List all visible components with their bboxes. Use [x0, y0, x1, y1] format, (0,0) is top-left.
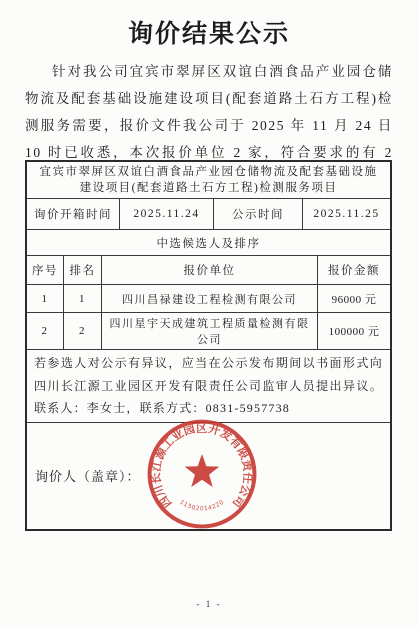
document-page: 询价结果公示 针对我公司宜宾市翠屏区双谊白酒食品产业园仓储物流及配套基础设施建设… — [0, 0, 418, 629]
project-name-cell: 宜宾市翠屏区双谊白酒食品产业园仓储物流及配套基础设施建设项目(配套道路土石方工程… — [27, 162, 390, 198]
publicity-time-label: 公示时间 — [213, 199, 302, 229]
section-title-row: 中选候选人及排序 — [27, 229, 390, 255]
rank-cell: 1 — [63, 285, 101, 312]
section-title: 中选候选人及排序 — [27, 230, 390, 255]
seq-cell: 2 — [27, 313, 63, 349]
objection-note: 若参选人对公示有异议，应当在公示发布期间以书面形式向四川长江源工业园区开发有限责… — [27, 350, 390, 422]
company-cell: 四川星宇天成建筑工程质量检测有限公司 — [101, 313, 317, 349]
page-number: - 1 - — [0, 599, 418, 609]
col-seq: 序号 — [27, 256, 63, 284]
publicity-time-value: 2025.11.25 — [302, 199, 390, 229]
price-cell: 96000 元 — [317, 285, 390, 312]
table-row: 1 1 四川昌禄建设工程检测有限公司 96000 元 — [27, 284, 390, 312]
page-title: 询价结果公示 — [0, 0, 418, 50]
objection-note-row: 若参选人对公示有异议，应当在公示发布期间以书面形式向四川长江源工业园区开发有限责… — [27, 349, 390, 422]
seq-cell: 1 — [27, 285, 63, 312]
results-table: 宜宾市翠屏区双谊白酒食品产业园仓储物流及配套基础设施建设项目(配套道路土石方工程… — [25, 160, 392, 531]
col-company: 报价单位 — [101, 256, 317, 284]
table-header-row: 序号 排名 报价单位 报价金额 — [27, 255, 390, 284]
open-time-label: 询价开箱时间 — [27, 199, 119, 229]
rank-cell: 2 — [63, 313, 101, 349]
project-name-row: 宜宾市翠屏区双谊白酒食品产业园仓储物流及配套基础设施建设项目(配套道路土石方工程… — [27, 162, 390, 198]
inquirer-label: 询价人（盖章）： — [27, 423, 390, 529]
times-row: 询价开箱时间 2025.11.24 公示时间 2025.11.25 — [27, 198, 390, 229]
company-cell: 四川昌禄建设工程检测有限公司 — [101, 285, 317, 312]
open-time-value: 2025.11.24 — [119, 199, 213, 229]
col-price: 报价金额 — [317, 256, 390, 284]
signature-row: 询价人（盖章）： 四川长江源工业园区开发有限责任公司 5115020142209 — [27, 422, 390, 529]
table-row: 2 2 四川星宇天成建筑工程质量检测有限公司 100000 元 — [27, 312, 390, 349]
price-cell: 100000 元 — [317, 313, 390, 349]
col-rank: 排名 — [63, 256, 101, 284]
